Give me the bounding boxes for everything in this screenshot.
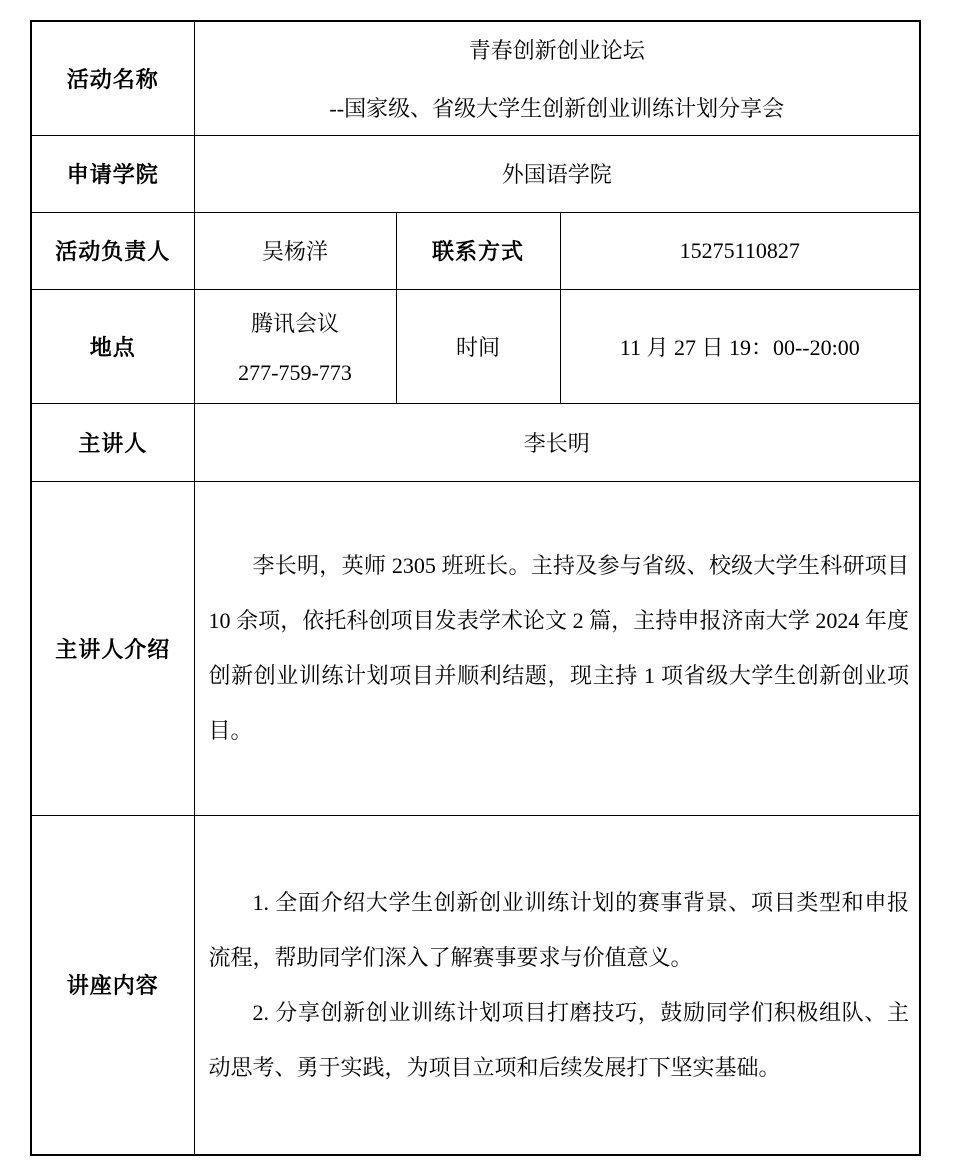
speaker-value: 李长明 (194, 403, 920, 481)
row-activity-name: 活动名称 青春创新创业论坛 --国家级、省级大学生创新创业训练计划分享会 (31, 21, 920, 135)
row-location-time: 地点 腾讯会议 277-759-773 时间 11 月 27 日 19：00--… (31, 289, 920, 403)
activity-name-line1: 青春创新创业论坛 (469, 34, 645, 65)
lecture-content-paragraph-2: 2. 分享创新创业训练计划项目打磨技巧，鼓励同学们积极组队、主动思考、勇于实践，… (209, 985, 910, 1095)
lecture-content-label: 讲座内容 (31, 815, 194, 1155)
row-speaker: 主讲人 李长明 (31, 403, 920, 481)
event-application-form-table: 活动名称 青春创新创业论坛 --国家级、省级大学生创新创业训练计划分享会 申请学… (30, 20, 921, 1156)
lecture-content-paragraph-1: 1. 全面介绍大学生创新创业训练计划的赛事背景、项目类型和申报流程，帮助同学们深… (209, 875, 910, 985)
speaker-intro-label: 主讲人介绍 (31, 481, 194, 815)
location-line1: 腾讯会议 (251, 307, 339, 338)
time-value: 11 月 27 日 19：00--20:00 (560, 289, 920, 403)
row-leader-contact: 活动负责人 吴杨洋 联系方式 15275110827 (31, 212, 920, 289)
college-value: 外国语学院 (194, 135, 920, 212)
activity-name-cell: 青春创新创业论坛 --国家级、省级大学生创新创业训练计划分享会 (194, 21, 920, 135)
leader-value: 吴杨洋 (194, 212, 396, 289)
time-label: 时间 (396, 289, 560, 403)
row-speaker-intro: 主讲人介绍 李长明，英师 2305 班班长。主持及参与省级、校级大学生科研项目 … (31, 481, 920, 815)
speaker-label: 主讲人 (31, 403, 194, 481)
contact-value: 15275110827 (560, 212, 920, 289)
location-value: 腾讯会议 277-759-773 (194, 289, 396, 403)
row-lecture-content: 讲座内容 1. 全面介绍大学生创新创业训练计划的赛事背景、项目类型和申报流程，帮… (31, 815, 920, 1155)
leader-label: 活动负责人 (31, 212, 194, 289)
activity-name-label: 活动名称 (31, 21, 194, 135)
location-line2: 277-759-773 (238, 360, 352, 386)
row-college: 申请学院 外国语学院 (31, 135, 920, 212)
location-label: 地点 (31, 289, 194, 403)
speaker-intro-paragraph: 李长明，英师 2305 班班长。主持及参与省级、校级大学生科研项目 10 余项，… (209, 538, 910, 758)
college-label: 申请学院 (31, 135, 194, 212)
activity-name-line2: --国家级、省级大学生创新创业训练计划分享会 (329, 92, 784, 123)
lecture-content-cell: 1. 全面介绍大学生创新创业训练计划的赛事背景、项目类型和申报流程，帮助同学们深… (194, 815, 920, 1155)
document-page: 活动名称 青春创新创业论坛 --国家级、省级大学生创新创业训练计划分享会 申请学… (0, 0, 956, 1176)
contact-label: 联系方式 (396, 212, 560, 289)
speaker-intro-cell: 李长明，英师 2305 班班长。主持及参与省级、校级大学生科研项目 10 余项，… (194, 481, 920, 815)
